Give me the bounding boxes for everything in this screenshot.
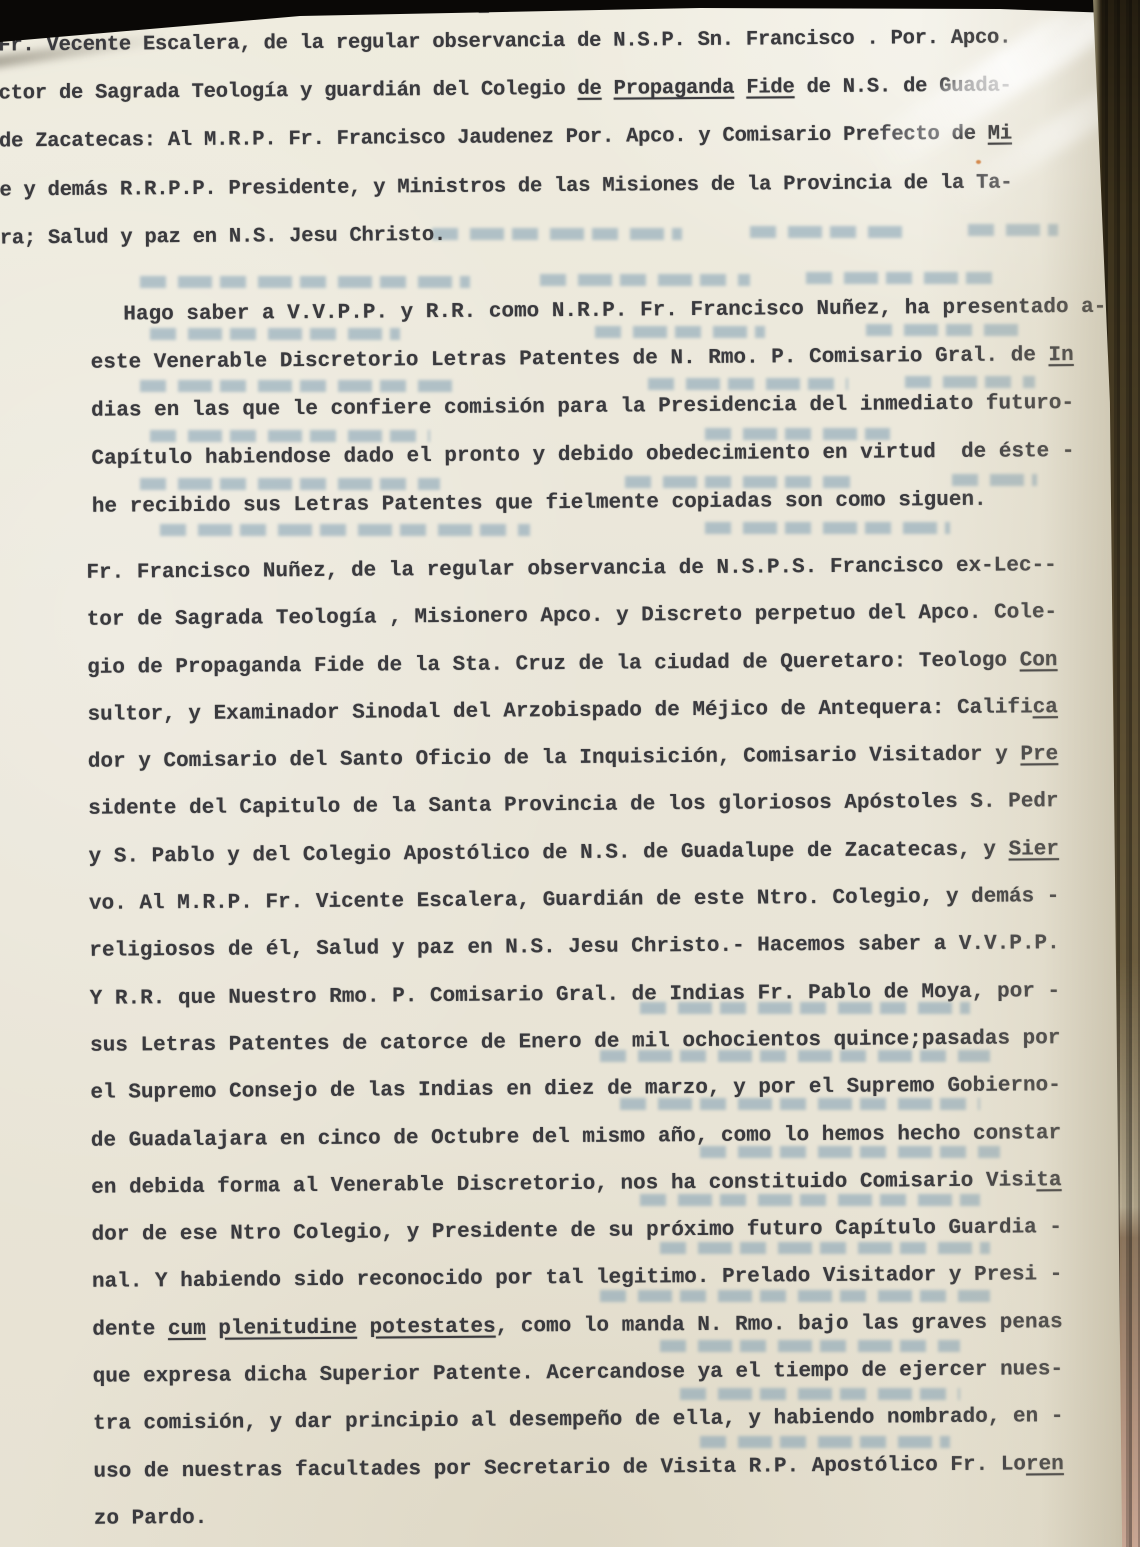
document-line: Fr. Vecente Escalera, de la regular obse… — [0, 15, 1011, 71]
text-run: religiosos de él, Salud y paz en N.S. Je… — [89, 933, 1060, 964]
document-line: que expresa dicha Superior Patente. Acer… — [93, 1346, 1064, 1401]
underlined-text: Fide — [746, 76, 794, 99]
document-line: Capítulo habiendose dado el pronto y deb… — [91, 428, 1107, 484]
text-run — [734, 77, 746, 100]
document-line: he recibido sus Letras Patentes que fiel… — [92, 476, 1108, 532]
document-line: dor y Comisario del Santo Oficio de la I… — [88, 731, 1059, 786]
page-number: - 1 - — [440, 0, 533, 20]
document-line: Y R.R. que Nuestro Rmo. P. Comisario Gra… — [90, 968, 1061, 1023]
text-run: el Supremo Consejo de las Indias en diez… — [90, 1074, 1061, 1105]
text-run: de N.S. de Guada- — [794, 75, 1011, 100]
underlined-text: cum — [168, 1318, 206, 1341]
text-run: vo. Al M.R.P. Fr. Vicente Escalera, Guar… — [89, 885, 1060, 916]
document-paragraph: Hago saber a V.V.P.P. y R.R. como N.R.P.… — [90, 284, 1108, 532]
document-line: este Venerable Discretorio Letras Patent… — [91, 332, 1107, 388]
document-line: gio de Propaganda Fide de la Sta. Cruz d… — [87, 637, 1058, 692]
text-run — [601, 78, 613, 101]
text-run: uso de nuestras facultades por Secretari… — [93, 1453, 1026, 1483]
text-run: , como lo manda N. Rmo. bajo las graves … — [496, 1311, 1063, 1338]
document-line: y S. Pablo y del Colegio Apostólico de N… — [88, 826, 1059, 881]
text-run: en debida forma al Venerable Discretorio… — [91, 1169, 1036, 1199]
underlined-text: ta — [1036, 1169, 1061, 1192]
underlined-text: Con — [1020, 649, 1058, 672]
text-run: de Zacatecas: Al M.R.P. Fr. Francisco Ja… — [0, 123, 988, 154]
underlined-text: Pre — [1020, 743, 1058, 766]
document-line: dente cum plenitudine potestates, como l… — [92, 1299, 1063, 1354]
text-run: ra; Salud y paz en N.S. Jesu Christo. — [0, 224, 446, 251]
text-run: sidente del Capitulo de la Santa Provinc… — [88, 791, 1059, 822]
text-run: e y demás R.R.P.P. Presidente, y Ministr… — [0, 171, 1012, 202]
typewritten-text-layer: - 1 - Fr. Vecente Escalera, de la regula… — [0, 0, 1140, 1547]
text-run — [357, 1316, 370, 1339]
text-run: que expresa dicha Superior Patente. Acer… — [93, 1358, 1064, 1389]
underlined-text: de — [577, 78, 601, 101]
document-line: sultor, y Examinador Sinodal del Arzobis… — [87, 684, 1058, 739]
document-line: nal. Y habiendo sido reconocido por tal … — [92, 1252, 1063, 1307]
scanned-document-page: - 1 - Fr. Vecente Escalera, de la regula… — [0, 0, 1140, 1547]
document-line: dias en las que le confiere comisión par… — [91, 380, 1107, 436]
text-run: tor de Sagrada Teología , Misionero Apco… — [87, 601, 1058, 632]
underlined-text: Sier — [1008, 838, 1059, 861]
text-run: Fr. Francisco Nuñez, de la regular obser… — [86, 554, 1057, 585]
underlined-text: In — [1048, 344, 1073, 367]
document-paragraph: Fr. Vecente Escalera, de la regular obse… — [0, 15, 1013, 264]
document-line: e y demás R.R.P.P. Presidente, y Ministr… — [0, 159, 1013, 215]
text-run: ctor de Sagrada Teología y guardián del … — [0, 78, 578, 106]
document-paragraph: Fr. Francisco Nuñez, de la regular obser… — [86, 542, 1064, 1543]
text-run: tra comisión, y dar principio al desempe… — [93, 1405, 1064, 1436]
document-line: sidente del Capitulo de la Santa Provinc… — [88, 779, 1059, 834]
text-run: dente — [92, 1318, 168, 1342]
text-run: zo Pardo. — [94, 1507, 208, 1531]
text-run: sultor, y Examinador Sinodal del Arzobis… — [87, 696, 1032, 726]
document-line: zo Pardo. — [94, 1488, 1065, 1543]
text-run: este Venerable Discretorio Letras Patent… — [91, 344, 1049, 375]
underlined-text: Propaganda — [614, 77, 735, 101]
document-line: uso de nuestras facultades por Secretari… — [93, 1441, 1064, 1496]
document-line: ctor de Sagrada Teología y guardián del … — [0, 63, 1012, 119]
underlined-text: ca — [1033, 696, 1058, 719]
document-line: religiosos de él, Salud y paz en N.S. Je… — [89, 921, 1060, 976]
document-line: vo. Al M.R.P. Fr. Vicente Escalera, Guar… — [89, 873, 1060, 928]
underlined-text: potestates — [370, 1315, 496, 1339]
text-run: de Guadalajara en cinco de Octubre del m… — [91, 1122, 1062, 1153]
text-run: sus Letras Patentes de catorce de Enero … — [90, 1027, 1061, 1058]
text-run: Capítulo habiendose dado el pronto y deb… — [91, 440, 1074, 471]
text-run: Hago saber a V.V.P.P. y R.R. como N.R.P.… — [123, 296, 1106, 327]
text-run: dor y Comisario del Santo Oficio de la I… — [88, 744, 1021, 774]
document-line: Hago saber a V.V.P.P. y R.R. como N.R.P.… — [90, 284, 1106, 340]
document-line: ra; Salud y paz en N.S. Jesu Christo. — [0, 207, 1013, 263]
document-line: tra comisión, y dar principio al desempe… — [93, 1393, 1064, 1448]
document-line: de Guadalajara en cinco de Octubre del m… — [91, 1110, 1062, 1165]
text-run: Y R.R. que Nuestro Rmo. P. Comisario Gra… — [90, 980, 1061, 1011]
text-run: dias en las que le confiere comisión par… — [91, 392, 1074, 423]
document-line: de Zacatecas: Al M.R.P. Fr. Francisco Ja… — [0, 111, 1012, 167]
text-run: y S. Pablo y del Colegio Apostólico de N… — [89, 838, 1009, 868]
text-run: nal. Y habiendo sido reconocido por tal … — [92, 1264, 1063, 1295]
text-run — [206, 1318, 219, 1341]
text-run: dor de ese Ntro Colegio, y Presidente de… — [92, 1216, 1063, 1247]
text-run: Fr. Vecente Escalera, de la regular obse… — [0, 27, 1011, 58]
document-line: el Supremo Consejo de las Indias en diez… — [90, 1062, 1061, 1117]
document-line: en debida forma al Venerable Discretorio… — [91, 1157, 1062, 1212]
document-line: tor de Sagrada Teología , Misionero Apco… — [87, 589, 1058, 644]
document-line: dor de ese Ntro Colegio, y Presidente de… — [91, 1204, 1062, 1259]
document-line: sus Letras Patentes de catorce de Enero … — [90, 1015, 1061, 1070]
underlined-text: Mi — [988, 123, 1012, 146]
text-run: gio de Propaganda Fide de la Sta. Cruz d… — [87, 649, 1020, 679]
document-line: Fr. Francisco Nuñez, de la regular obser… — [86, 542, 1057, 597]
underlined-text: ren — [1026, 1453, 1064, 1476]
text-run: he recibido sus Letras Patentes que fiel… — [92, 489, 987, 519]
underlined-text: plenitudine — [218, 1316, 357, 1340]
